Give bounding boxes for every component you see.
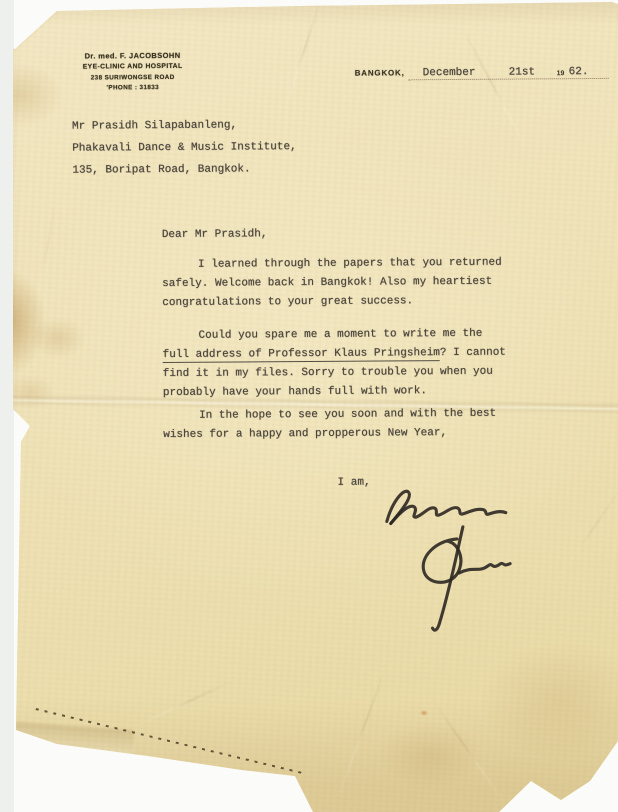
letterhead-phone: 'PHONE : 31833 xyxy=(74,83,192,94)
dateline-year: 62. xyxy=(569,66,589,78)
dateline-rule: December 21st 19 62. xyxy=(409,58,609,80)
paper-sheet: Dr. med. F. JACOBSOHN EYE-CLINIC AND HOS… xyxy=(0,0,618,812)
underlined-phrase: full address of Professor Klaus Pringshe… xyxy=(163,347,440,363)
typed-line: wishes for a happy and propperous New Ye… xyxy=(163,424,496,445)
typed-line: find it in my files. Sorry to trouble yo… xyxy=(163,363,506,384)
typed-line-rest: ? I cannot xyxy=(440,347,506,359)
typed-line: full address of Professor Klaus Pringshe… xyxy=(163,344,506,365)
recipient-address: Mr Prasidh Silapabanleng, Phakavali Danc… xyxy=(72,114,297,182)
typed-line: I learned through the papers that you re… xyxy=(162,254,502,275)
typed-line: In the hope to see you soon and with the… xyxy=(163,405,496,426)
signature-flourish-tail xyxy=(459,563,510,573)
letterhead: Dr. med. F. JACOBSOHN EYE-CLINIC AND HOS… xyxy=(74,50,192,94)
letterhead-doctor-name: Dr. med. F. JACOBSOHN xyxy=(74,50,192,63)
dateline: BANGKOK, December 21st 19 62. xyxy=(355,58,609,81)
address-line: Phakavali Dance & Music Institute, xyxy=(72,136,297,160)
scan-background: Dr. med. F. JACOBSOHN EYE-CLINIC AND HOS… xyxy=(0,0,618,812)
typed-line: Could you spare me a moment to write me … xyxy=(162,325,505,346)
body-paragraph-1: I learned through the papers that you re… xyxy=(162,254,502,313)
address-line: Mr Prasidh Silapabanleng, xyxy=(72,114,297,138)
signature-yours-stroke xyxy=(391,506,506,524)
letterhead-clinic-name: EYE-CLINIC AND HOSPITAL xyxy=(74,62,192,74)
closing-line: I am, xyxy=(337,474,370,493)
body-paragraph-2: Could you spare me a moment to write me … xyxy=(162,325,506,403)
body-paragraph-3: In the hope to see you soon and with the… xyxy=(163,405,496,445)
address-line: 135, Boripat Road, Bangkok. xyxy=(72,158,297,182)
dateline-month: December xyxy=(423,67,476,79)
dateline-day: 21st xyxy=(509,66,535,78)
signature-handwriting xyxy=(377,482,528,633)
typed-line: congratulations to your great success. xyxy=(162,292,502,313)
typed-line: probably have your hands full with work. xyxy=(163,382,506,403)
dateline-year-prefix: 19 xyxy=(557,70,565,77)
letterhead-address: 238 SURIWONGSE ROAD xyxy=(74,73,192,84)
dateline-city: BANGKOK, xyxy=(355,68,405,80)
letter-content: Dr. med. F. JACOBSOHN EYE-CLINIC AND HOS… xyxy=(0,0,618,812)
salutation: Dear Mr Prasidh, xyxy=(162,225,268,245)
typed-line: safely. Welcome back in Bangkok! Also my… xyxy=(162,273,502,294)
